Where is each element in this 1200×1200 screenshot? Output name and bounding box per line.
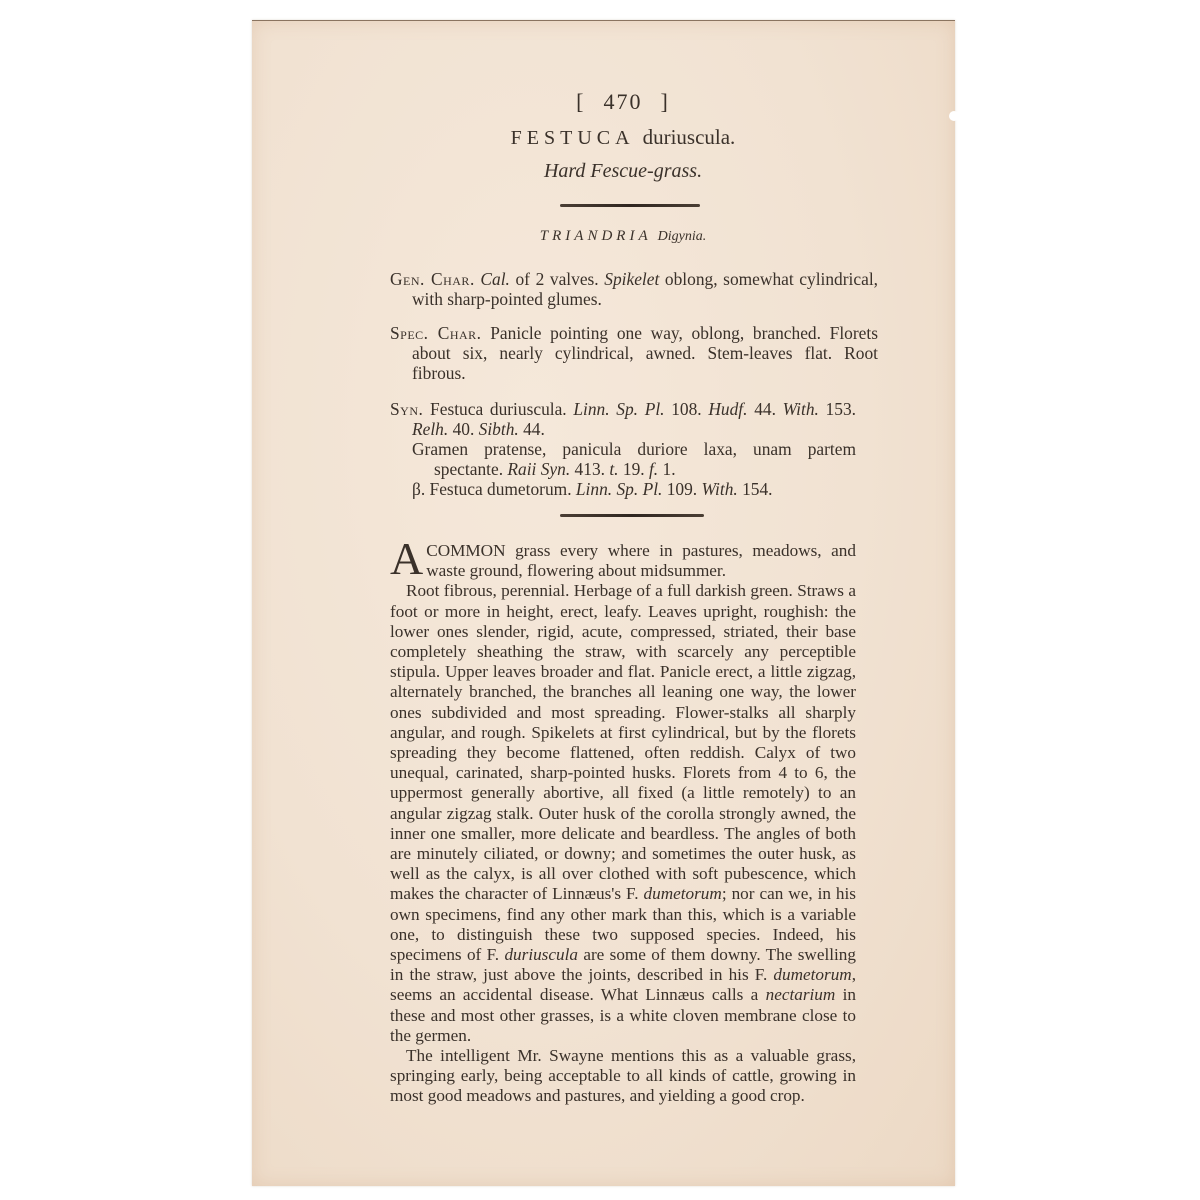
synonym-line-3: β. Festuca dumetorum. Linn. Sp. Pl. 109.… — [390, 479, 856, 499]
gen-char-label: Gen. Char. — [390, 269, 475, 289]
class-name: TRIANDRIA — [540, 228, 652, 244]
paragraph-swayne: The intelligent Mr. Swayne mentions this… — [390, 1046, 856, 1107]
common-name: Hard Fescue-grass. — [390, 160, 856, 183]
drop-cap: A — [390, 541, 423, 577]
book-page: [470] FESTUCAduriuscula. Hard Fescue-gra… — [252, 20, 955, 1186]
order-name: Digynia. — [658, 229, 707, 244]
specific-character: Spec. Char. Panicle pointing one way, ob… — [390, 323, 878, 383]
paragraph-description: Root fibrous, perennial. Herbage of a fu… — [390, 581, 856, 1046]
synonym-line-1: Syn. Festuca duriuscula. Linn. Sp. Pl. 1… — [390, 399, 856, 439]
divider-rule-top — [560, 204, 700, 207]
generic-character: Gen. Char. Cal. of 2 valves. Spikelet ob… — [390, 269, 878, 309]
page-number: [470] — [390, 89, 856, 115]
species-name: duriuscula. — [643, 125, 736, 149]
divider-rule-middle — [560, 514, 704, 517]
description-body: A COMMON grass every where in pastures, … — [390, 541, 856, 1107]
species-title: FESTUCAduriuscula. — [390, 125, 856, 150]
spec-char-label: Spec. Char. — [390, 323, 482, 343]
page-number-value: 470 — [604, 89, 643, 114]
synonym-line-2: Gramen pratense, panicula duriore laxa, … — [390, 439, 856, 479]
synonymy: Syn. Festuca duriuscula. Linn. Sp. Pl. 1… — [390, 399, 856, 499]
genus-name: FESTUCA — [511, 127, 635, 149]
spec-char-text: Panicle pointing one way, oblong, branch… — [412, 323, 878, 383]
syn-label: Syn. — [390, 399, 423, 419]
paragraph-intro: A COMMON grass every where in pastures, … — [390, 541, 856, 581]
linnaean-classification: TRIANDRIADigynia. — [390, 228, 856, 245]
